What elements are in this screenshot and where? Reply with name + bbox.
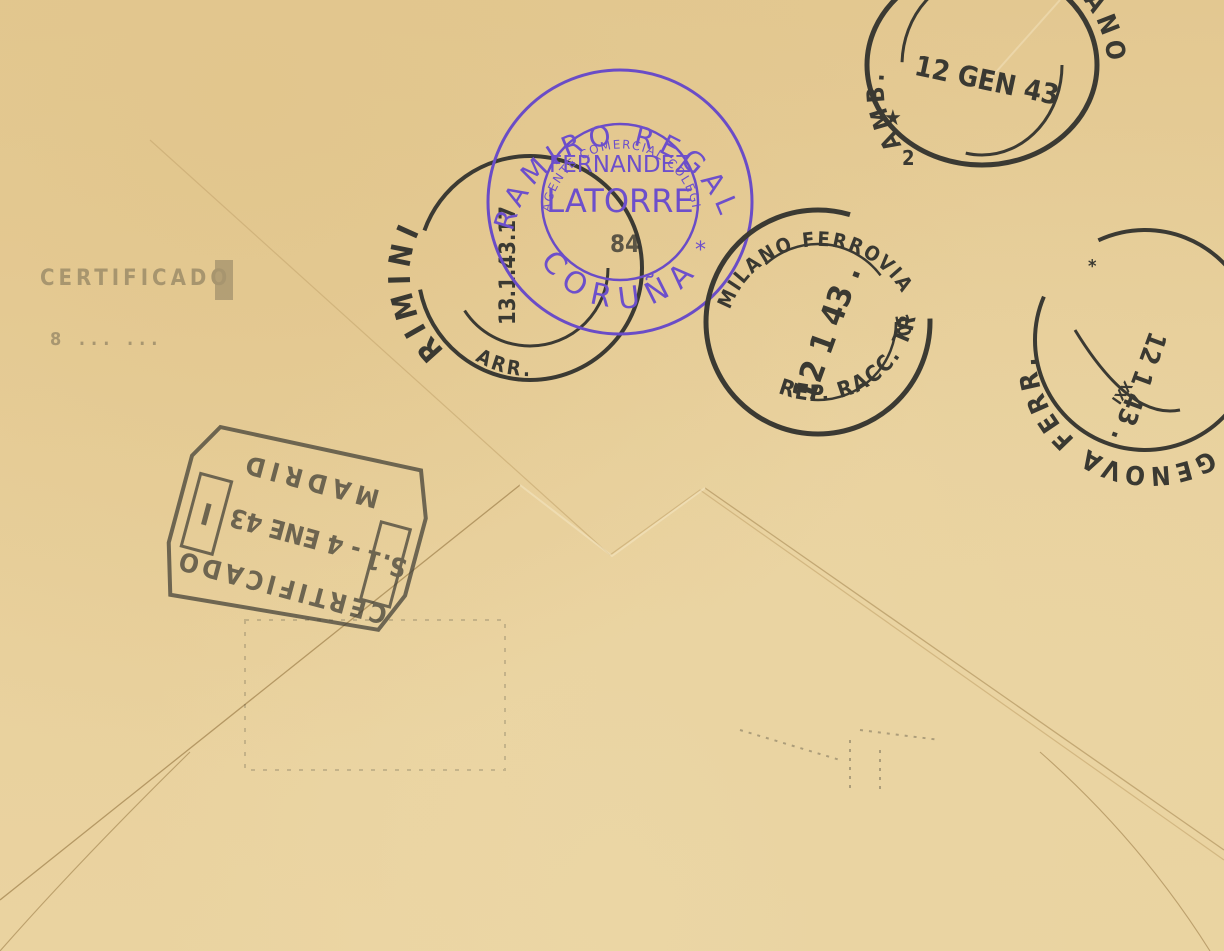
sender-surname-2: LATORRE bbox=[546, 182, 693, 220]
sender-number: 84 bbox=[610, 230, 640, 258]
mf-number: 10 bbox=[890, 312, 915, 338]
postmark-milano-ambulante: AMB. MILANO 12 GEN 43 2 ★ bbox=[862, 0, 1107, 174]
svg-text:★: ★ bbox=[884, 106, 902, 131]
postmark-milano-ferrovia: MILANO FERROVIA REP. RACC. TRAN. 12 1 43… bbox=[700, 200, 940, 454]
genova-date: 12 1 43 . bbox=[1104, 328, 1171, 446]
faint-ghost-mark-left bbox=[230, 600, 530, 800]
envelope-back: CERTIFICADO 8 ... ... RIMINI ARR. 13.1.4… bbox=[0, 0, 1224, 951]
faint-ghost-mark-right bbox=[720, 690, 960, 800]
amb-date: 12 GEN 43 bbox=[912, 49, 1062, 112]
faint-mark-line2: 8 ... ... bbox=[50, 329, 163, 350]
faint-registration-mark: CERTIFICADO 8 ... ... bbox=[0, 245, 260, 399]
certificado-date: - 4 ENE 43 bbox=[227, 501, 365, 565]
certificado-left-letter: I bbox=[197, 495, 216, 531]
amb-number: 2 bbox=[902, 146, 915, 170]
certificado-right-letter: S.1 bbox=[362, 543, 410, 583]
svg-text:*: * bbox=[1088, 256, 1097, 277]
faint-mark-line1: CERTIFICADO bbox=[40, 266, 231, 291]
postmark-genova: GENOVA FERR. 12 1 43 . XXI * bbox=[1030, 220, 1224, 464]
sender-surname-1: FERNANDEZ bbox=[549, 152, 691, 178]
